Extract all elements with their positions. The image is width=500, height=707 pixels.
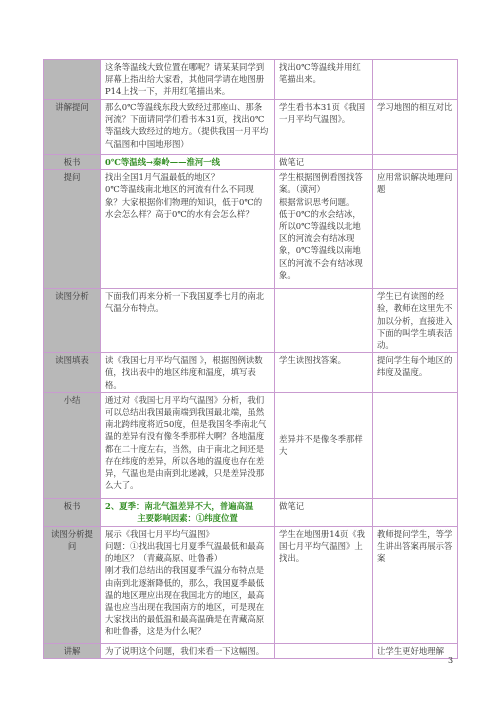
design-intent-cell xyxy=(373,392,458,498)
student-activity-cell xyxy=(275,289,373,353)
lesson-plan-table: 这条等温线大致位置在哪呢？请某某同学到屏幕上指出给大家看，其他同学请在地图册P1… xyxy=(43,59,458,659)
stage-cell: 板书 xyxy=(44,155,101,170)
board-writing-cell: 0℃等温线→秦岭——淮河一线 xyxy=(101,155,275,170)
design-intent-cell xyxy=(373,60,458,100)
stage-cell: 读图填表 xyxy=(44,353,101,393)
table-row: 读图填表 读《我国七月平均气温图 》，根据图例读数值，找出表中的地区纬度和温度，… xyxy=(44,353,458,393)
teacher-activity-cell: 下面我们再来分析一下我国夏季七月的南北气温分布特点。 xyxy=(101,289,275,353)
design-intent-cell: 让学生更好地理解 xyxy=(373,643,458,658)
board-writing-cell: 2、夏季：南北气温差异不大，普遍高温 主要影响因素：①纬度位置 xyxy=(101,498,275,526)
stage-cell: 读图分析提问 xyxy=(44,526,101,643)
teacher-activity-cell: 这条等温线大致位置在哪呢？请某某同学到屏幕上指出给大家看，其他同学请在地图册P1… xyxy=(101,60,275,100)
student-activity-cell: 学生看书本31页《我国一月平均气温图》。 xyxy=(275,100,373,155)
table-row: 提问 找出全国1月气温最低的地区？ 0℃等温线南北地区的河流有什么不同现象？大家… xyxy=(44,170,458,289)
student-activity-cell: 做笔记 xyxy=(275,155,373,170)
teacher-activity-cell: 读《我国七月平均气温图 》，根据图例读数值，找出表中的地区纬度和温度，填写表格。 xyxy=(101,353,275,393)
design-intent-cell xyxy=(373,155,458,170)
stage-cell: 板书 xyxy=(44,498,101,526)
board-writing-line-2: 主要影响因素：①纬度位置 xyxy=(105,512,270,524)
teacher-activity-cell: 展示《我国七月平均气温图》 问题：①找出我国七月夏季气温最低和最高的地区？（青藏… xyxy=(101,526,275,643)
table-row: 读图分析 下面我们再来分析一下我国夏季七月的南北气温分布特点。 学生已有读图的经… xyxy=(44,289,458,353)
stage-cell: 提问 xyxy=(44,170,101,289)
student-activity-cell: 差异并不是像冬季那样大 xyxy=(275,392,373,498)
table-row: 板书 2、夏季：南北气温差异不大，普遍高温 主要影响因素：①纬度位置 做笔记 xyxy=(44,498,458,526)
board-writing-line-1: 2、夏季：南北气温差异不大，普遍高温 xyxy=(105,500,270,512)
table-row: 小结 通过对《我国七月平均气温图》分析，我们可以总结出我国最南端到我国最北端，虽… xyxy=(44,392,458,498)
student-activity-cell: 找出0℃等温线并用红笔描出来。 xyxy=(275,60,373,100)
design-intent-cell: 提问学生每个地区的纬度及温度。 xyxy=(373,353,458,393)
teacher-activity-cell: 那么0℃等温线东段大致经过那座山、那条河流？下面请同学们看书本31页，找出0℃等… xyxy=(101,100,275,155)
table-row: 读图分析提问 展示《我国七月平均气温图》 问题：①找出我国七月夏季气温最低和最高… xyxy=(44,526,458,643)
design-intent-cell xyxy=(373,498,458,526)
student-activity-cell xyxy=(275,643,373,658)
student-activity-cell: 做笔记 xyxy=(275,498,373,526)
stage-cell: 读图分析 xyxy=(44,289,101,353)
design-intent-cell: 应用常识解决地理问题 xyxy=(373,170,458,289)
student-activity-cell: 学生读图找答案。 xyxy=(275,353,373,393)
teacher-activity-cell: 找出全国1月气温最低的地区？ 0℃等温线南北地区的河流有什么不同现象？大家根据你… xyxy=(101,170,275,289)
stage-cell: 小结 xyxy=(44,392,101,498)
teacher-activity-cell: 为了说明这个问题，我们来看一下这幅图。 xyxy=(101,643,275,658)
design-intent-cell: 教师提问学生，等学生讲出答案再展示答案 xyxy=(373,526,458,643)
stage-cell: 讲解 xyxy=(44,643,101,658)
table-row: 讲解 为了说明这个问题，我们来看一下这幅图。 让学生更好地理解 xyxy=(44,643,458,658)
student-activity-cell: 学生根据图例看图找答案。（漠河） 根据常识思考问题。 低于0℃的水会结冰，所以0… xyxy=(275,170,373,289)
design-intent-cell: 学生已有读图的经验，教师在这里先不加以分析，直接进入下面的叫学生填表活动。 xyxy=(373,289,458,353)
stage-cell: 讲解提问 xyxy=(44,100,101,155)
table-row: 讲解提问 那么0℃等温线东段大致经过那座山、那条河流？下面请同学们看书本31页，… xyxy=(44,100,458,155)
table-row: 这条等温线大致位置在哪呢？请某某同学到屏幕上指出给大家看，其他同学请在地图册P1… xyxy=(44,60,458,100)
page-number: 3 xyxy=(448,656,453,665)
design-intent-cell: 学习地图的相互对比 xyxy=(373,100,458,155)
table-row: 板书 0℃等温线→秦岭——淮河一线 做笔记 xyxy=(44,155,458,170)
stage-cell xyxy=(44,60,101,100)
student-activity-cell: 学生在地图册14页《我国七月平均气温图》上找出。 xyxy=(275,526,373,643)
teacher-activity-cell: 通过对《我国七月平均气温图》分析，我们可以总结出我国最南端到我国最北端，虽然南北… xyxy=(101,392,275,498)
